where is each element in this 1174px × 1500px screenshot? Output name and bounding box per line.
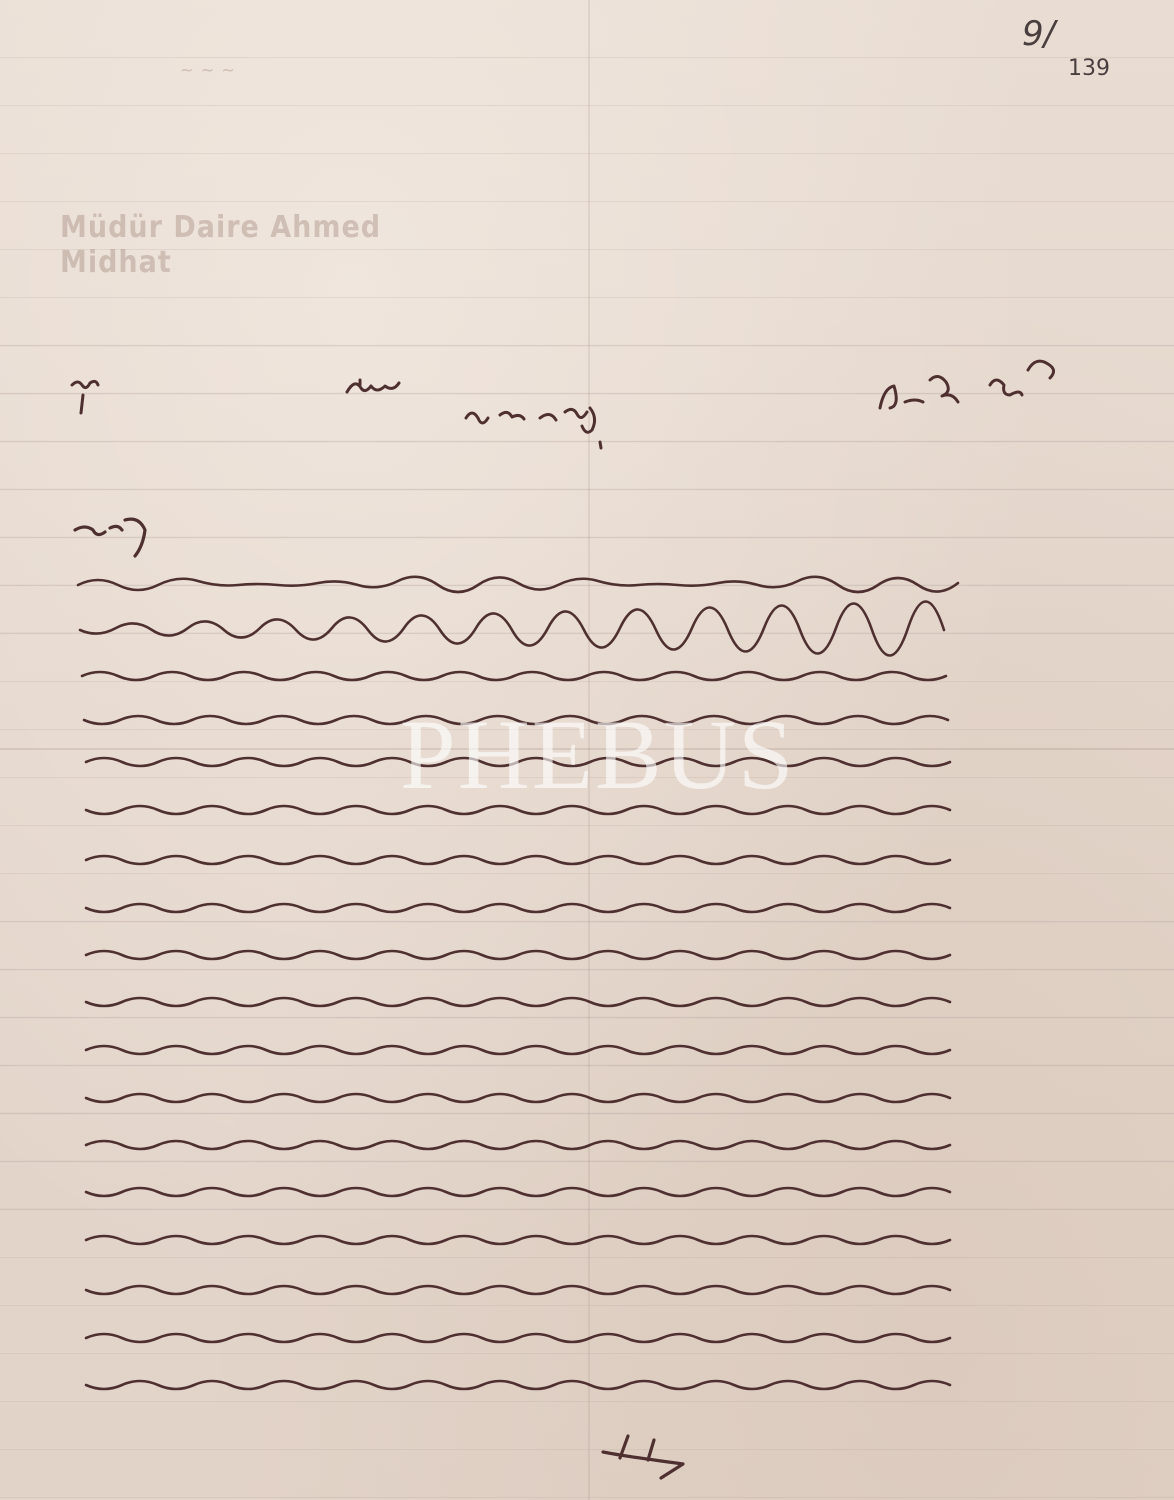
- letter-page: Müdür Daire Ahmed Midhat ~ ~ ~ 9/ 139: [0, 0, 1174, 1500]
- watermark: PHEBUS: [400, 705, 795, 805]
